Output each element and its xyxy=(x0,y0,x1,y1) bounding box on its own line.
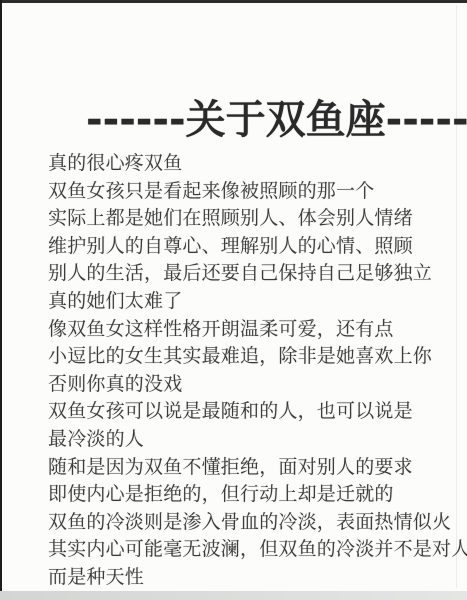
text-line: 即使内心是拒绝的，但行动上却是迁就的 xyxy=(48,481,463,509)
text-line: 别人的生活，最后还要自己保持自己足够独立 xyxy=(48,260,463,288)
text-line: 真的她们太难了 xyxy=(48,288,463,316)
text-line: 实际上都是她们在照顾别人、体会别人情绪 xyxy=(48,205,463,233)
text-line: 真的很心疼双鱼 xyxy=(48,150,463,178)
text-line: 双鱼的冷淡则是渗入骨血的冷淡，表面热情似火 xyxy=(48,509,463,537)
page-title: ------关于双鱼座------ xyxy=(86,88,467,145)
text-line: 随和是因为双鱼不懂拒绝，面对别人的要求 xyxy=(48,454,463,482)
frame-left-edge xyxy=(0,0,2,600)
text-line: 其实内心可能毫无波澜，但双鱼的冷淡并不是对人 xyxy=(48,536,463,564)
text-line: 双鱼女孩可以说是最随和的人，也可以说是 xyxy=(48,398,463,426)
frame-top-edge xyxy=(0,0,467,3)
text-line: 而是种天性 xyxy=(48,564,463,592)
text-line: 小逗比的女生其实最难追，除非是她喜欢上你 xyxy=(48,343,463,371)
text-line: 像双鱼女这样性格开朗温柔可爱，还有点 xyxy=(48,316,463,344)
text-line: 双鱼女孩只是看起来像被照顾的那一个 xyxy=(48,178,463,206)
frame-bottom-bar xyxy=(0,591,467,600)
text-line: 否则你真的没戏 xyxy=(48,371,463,399)
text-line: 最冷淡的人 xyxy=(48,426,463,454)
text-image-frame: ------关于双鱼座------ 真的很心疼双鱼 双鱼女孩只是看起来像被照顾的… xyxy=(0,0,467,600)
body-text-block: 真的很心疼双鱼 双鱼女孩只是看起来像被照顾的那一个 实际上都是她们在照顾别人、体… xyxy=(48,150,463,592)
text-line: 维护别人的自尊心、理解别人的心情、照顾 xyxy=(48,233,463,261)
